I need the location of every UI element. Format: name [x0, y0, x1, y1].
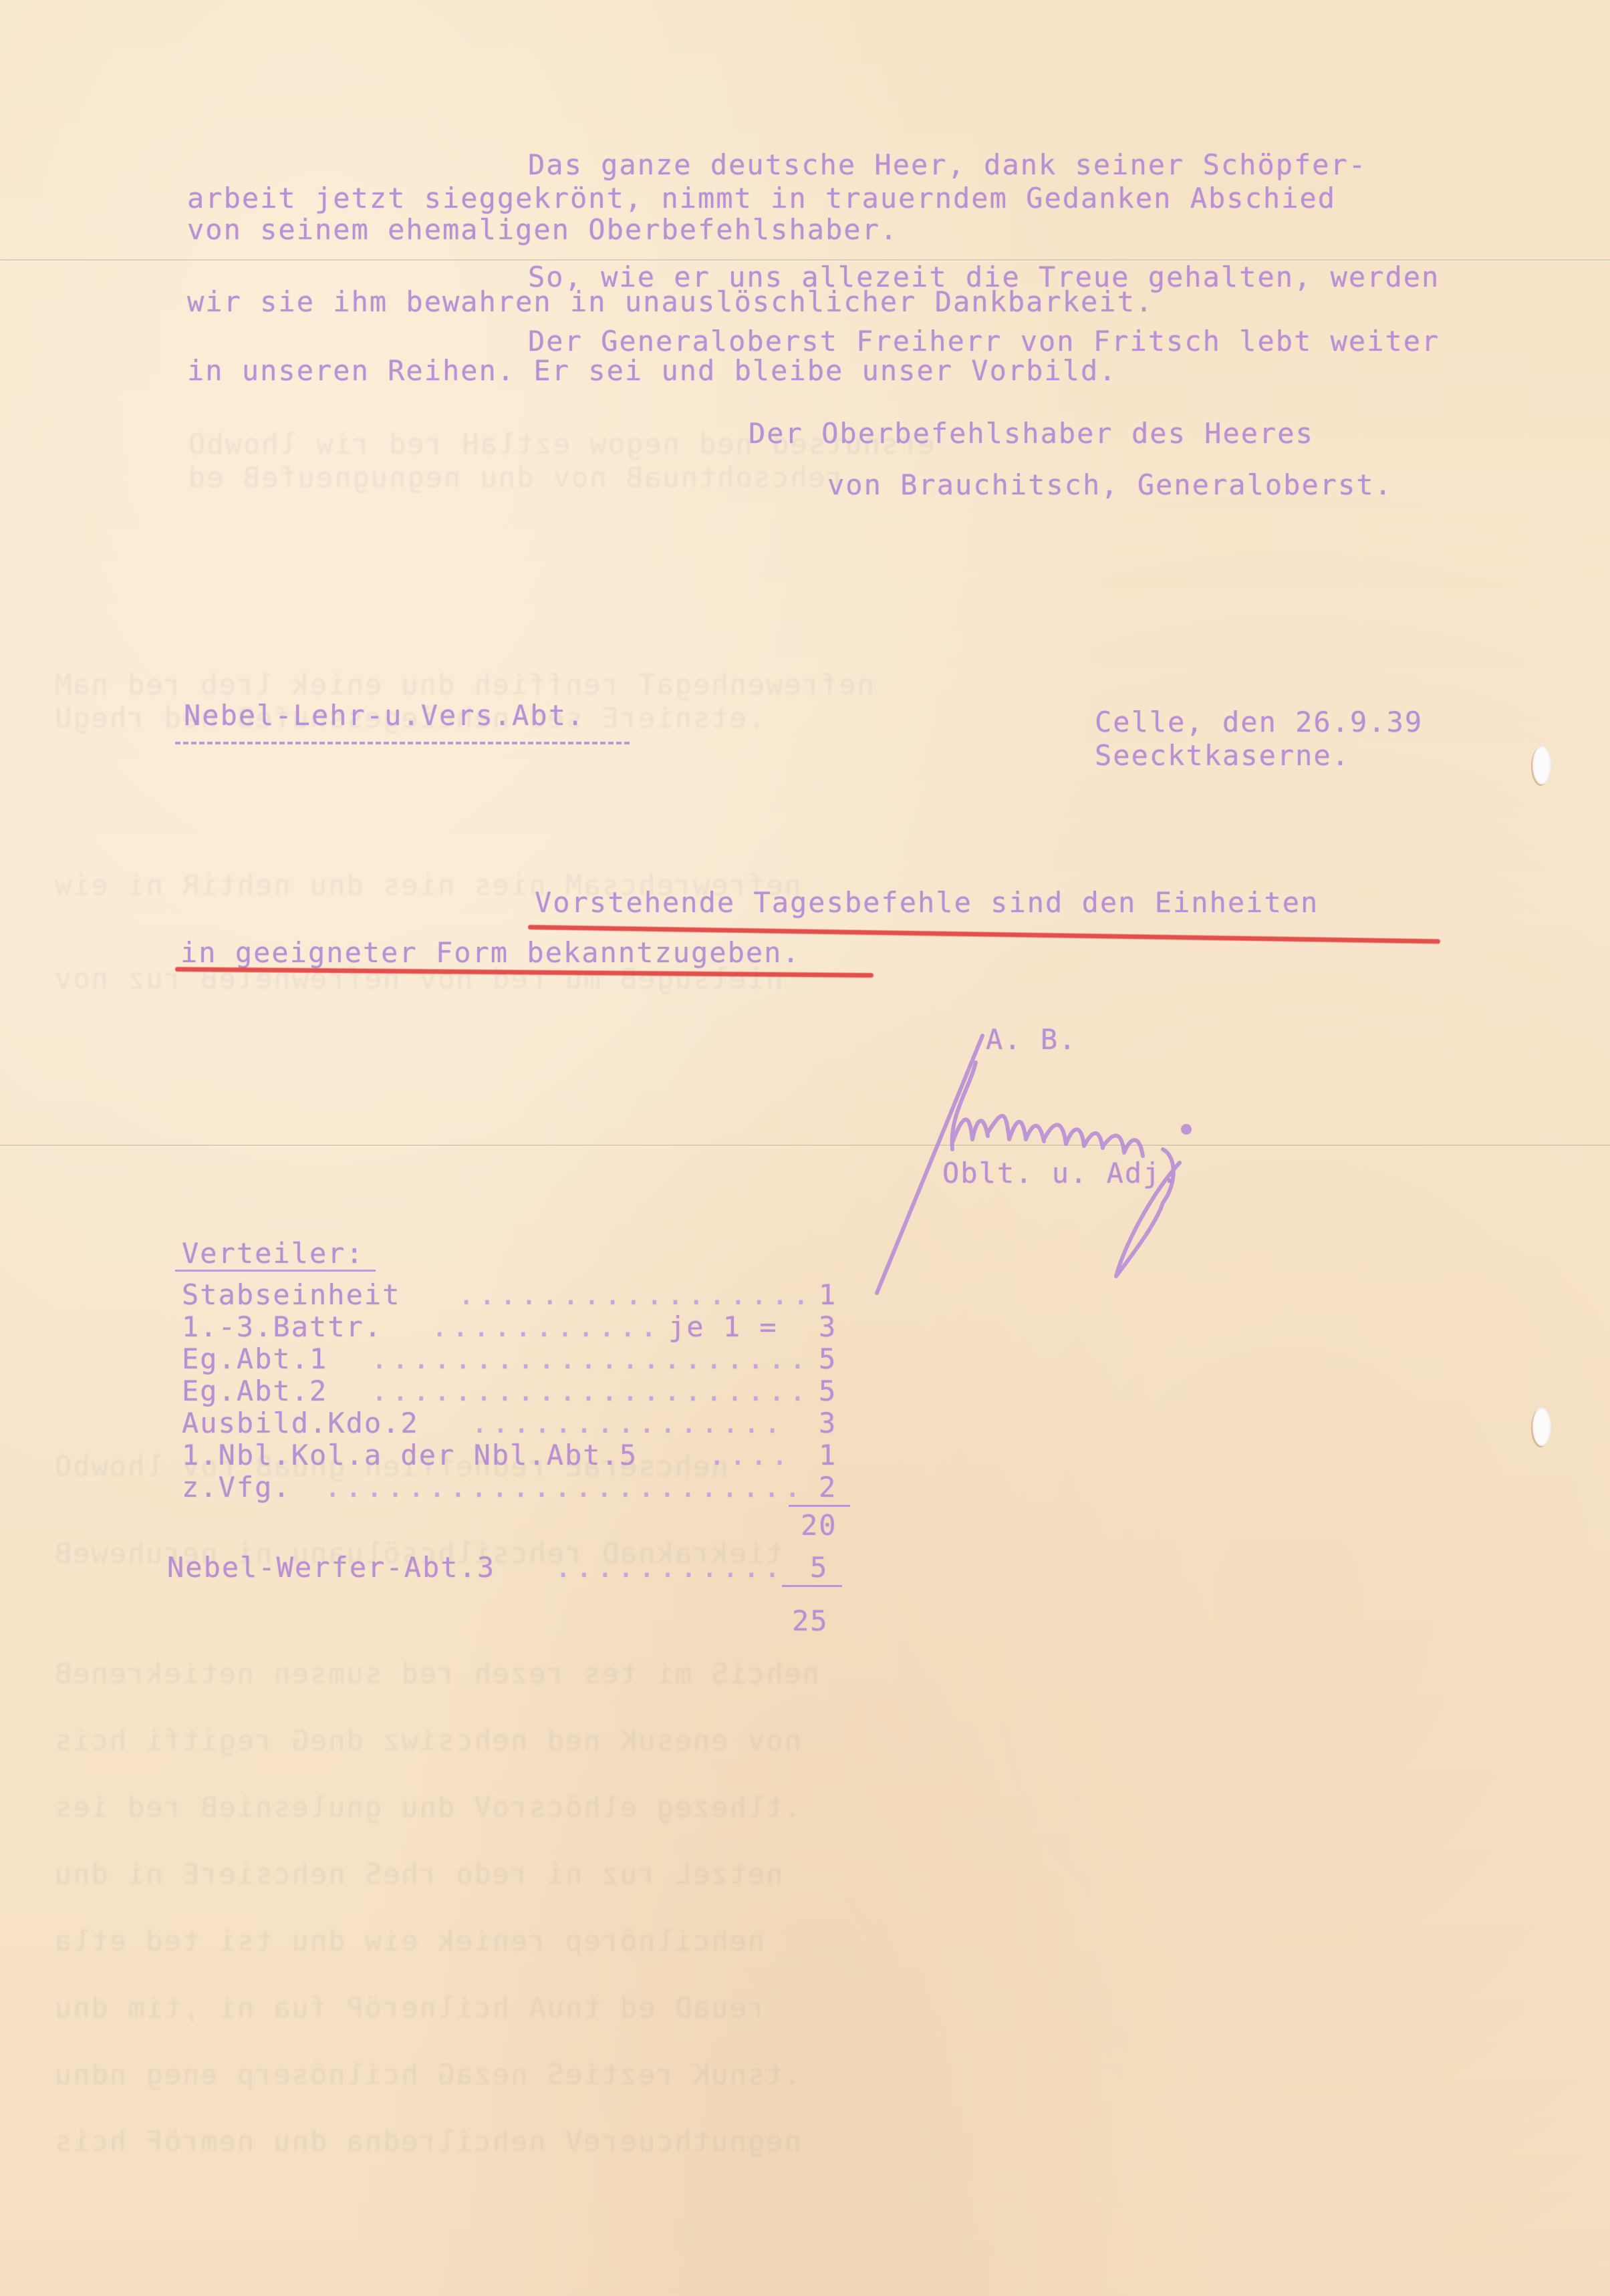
- recipient: Ausbild.Kdo.2: [182, 1409, 419, 1437]
- order-line: wir sie ihm bewahren in unauslöschlicher…: [187, 288, 1154, 316]
- count: 5: [819, 1345, 837, 1373]
- subtotal: 20: [801, 1512, 837, 1540]
- count: 1: [819, 1281, 837, 1309]
- recipient: Stabseinheit: [182, 1281, 400, 1309]
- leader-dots: ....: [708, 1441, 792, 1469]
- leader-dots: .....................: [371, 1377, 810, 1405]
- leader-dots: ...............: [471, 1409, 785, 1437]
- sum-line: [789, 1505, 850, 1507]
- distribution-heading: Verteiler:: [182, 1240, 364, 1268]
- recipient: Eg.Abt.2: [182, 1377, 327, 1405]
- punch-hole: [1532, 1407, 1551, 1446]
- unit-underline: [175, 742, 630, 744]
- paper-fold-line: [0, 1145, 1610, 1146]
- recipient: Nebel-Werfer-Abt.3: [167, 1554, 495, 1582]
- recipient: 1.-3.Battr.: [182, 1313, 382, 1341]
- unit-name: Nebel-Lehr-u.Vers.Abt.: [184, 702, 585, 730]
- commander-title: Der Oberbefehlshaber des Heeres: [749, 420, 1314, 448]
- count: 5: [810, 1554, 828, 1582]
- order-line: von seinem ehemaligen Oberbefehlshaber.: [187, 216, 898, 244]
- order-line: arbeit jetzt sieggekrönt, nimmt in traue…: [187, 184, 1336, 212]
- total: 25: [792, 1607, 829, 1635]
- sum-line: [782, 1585, 842, 1587]
- heading-underline: [175, 1270, 376, 1272]
- leader-dots: .......................: [324, 1473, 805, 1501]
- commander-name: von Brauchitsch, Generaloberst.: [827, 471, 1393, 499]
- leader-dots: .................: [458, 1281, 813, 1309]
- leader-dots: ...........: [431, 1313, 661, 1341]
- leader-dots: .....................: [371, 1345, 810, 1373]
- leader-dots: ...........: [555, 1554, 785, 1582]
- order-line: Das ganze deutsche Heer, dank seiner Sch…: [528, 151, 1367, 179]
- recipient: Eg.Abt.1: [182, 1345, 327, 1373]
- instruction-line-1: Vorstehende Tagesbefehle sind den Einhei…: [535, 889, 1319, 917]
- adjutant-rank: Oblt. u. Adj.: [942, 1159, 1180, 1187]
- count: 2: [819, 1473, 837, 1501]
- place-date: Celle, den 26.9.39: [1095, 708, 1423, 736]
- instruction-line-2: in geeigneter Form bekanntzugeben.: [180, 939, 801, 967]
- count: 3: [819, 1409, 837, 1437]
- recipient: z.Vfg.: [182, 1473, 291, 1501]
- recipient: 1.Nbl.Kol.a der Nbl.Abt.5: [182, 1441, 638, 1469]
- count: 5: [819, 1377, 837, 1405]
- per-unit-note: je 1 =: [668, 1313, 778, 1341]
- punch-hole: [1532, 746, 1551, 784]
- count: 1: [819, 1441, 837, 1469]
- order-line: Der Generaloberst Freiherr von Fritsch l…: [528, 327, 1440, 355]
- count: 3: [819, 1313, 837, 1341]
- order-line: in unseren Reihen. Er sei und bleibe uns…: [187, 357, 1117, 385]
- barracks-location: Seecktkaserne.: [1095, 742, 1350, 770]
